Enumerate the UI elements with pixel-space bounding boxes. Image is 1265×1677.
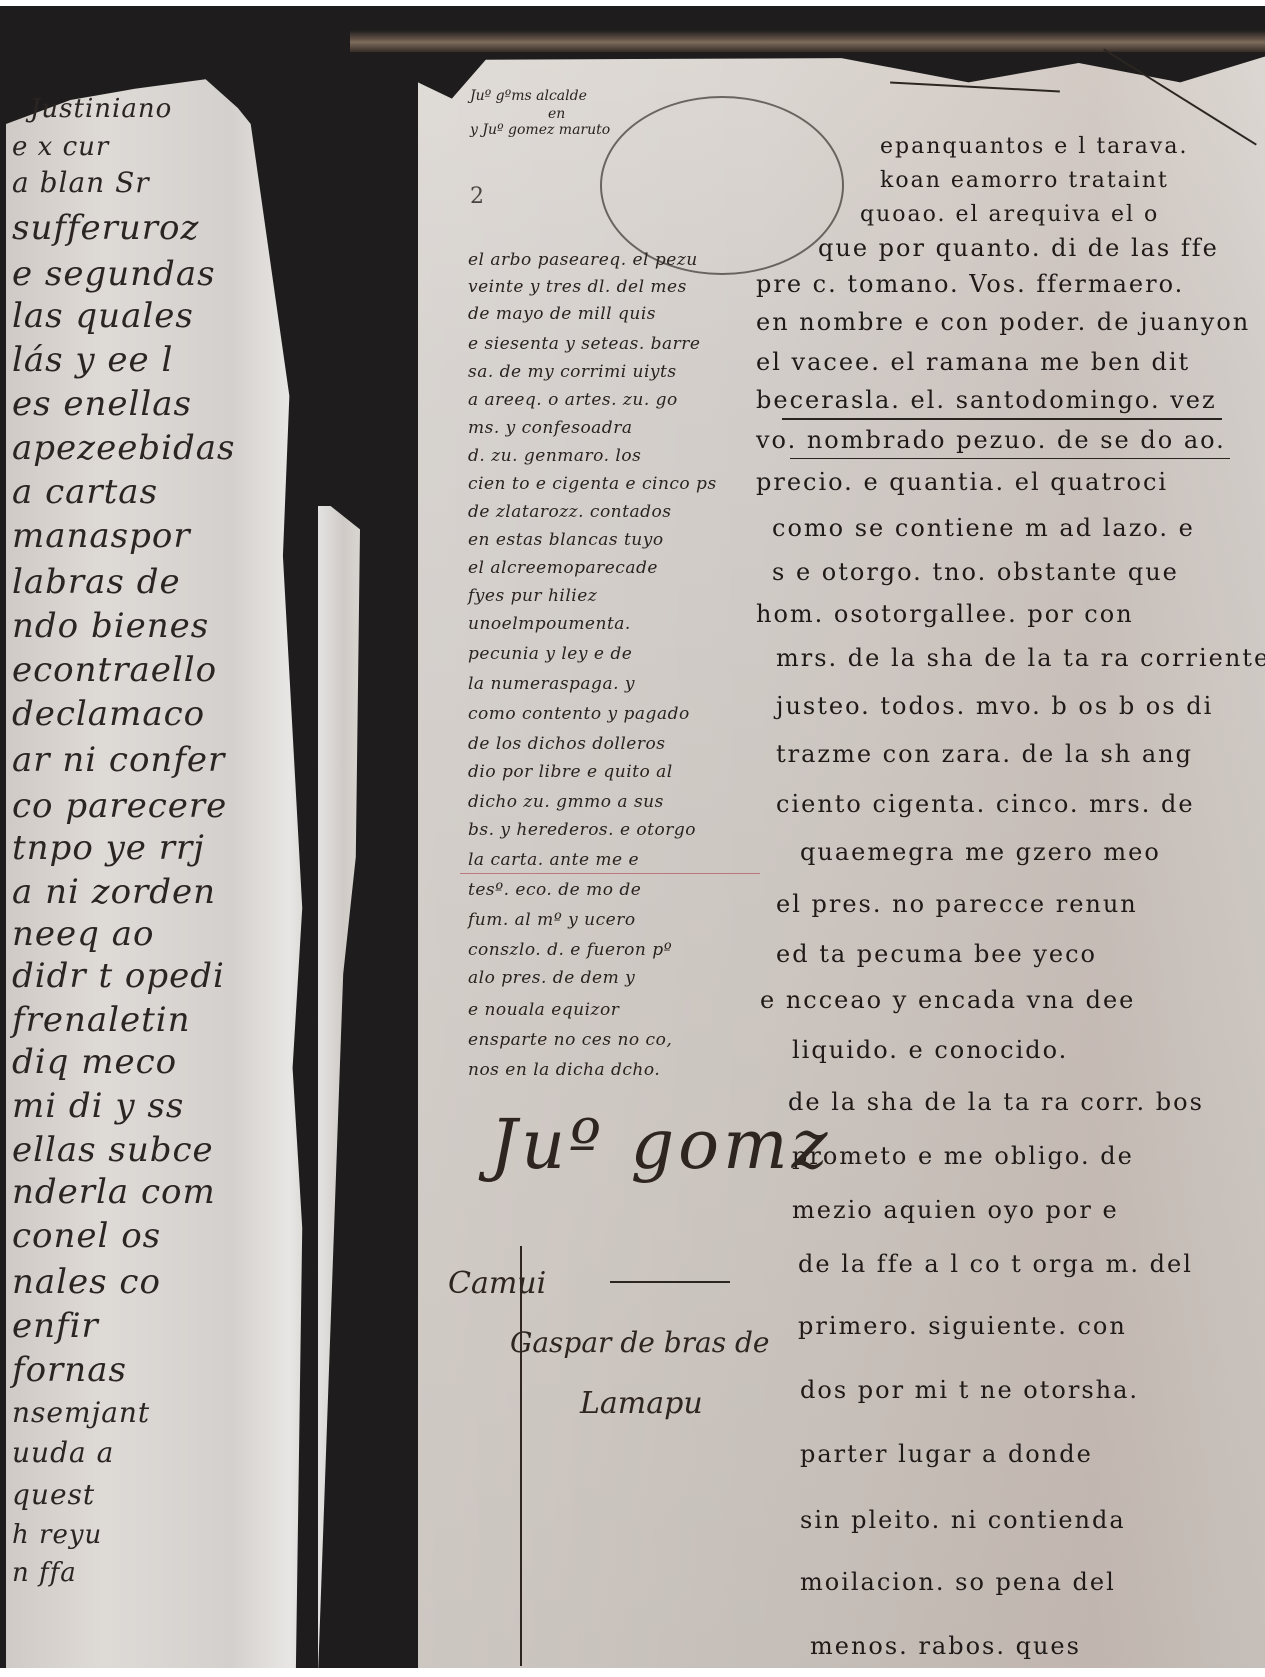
main-text-line: primero. siguiente. con — [798, 1312, 1127, 1340]
left-line: co parecere — [12, 786, 227, 826]
left-line: ar ni confer — [12, 740, 225, 780]
left-line: a cartas — [12, 472, 158, 512]
left-line: lás y ee l — [12, 340, 173, 380]
left-line: enfir — [12, 1306, 99, 1346]
torn-paper-strip — [318, 506, 360, 1668]
margin-note-line: e siesenta y seteas. barre — [468, 334, 700, 354]
margin-note-line: nos en la dicha dcho. — [468, 1060, 660, 1080]
binding-tape — [350, 30, 1265, 52]
main-text-line: de la sha de la ta ra corr. bos — [788, 1088, 1204, 1116]
signature-rule — [610, 1281, 730, 1283]
margin-note-line: bs. y herederos. e otorgo — [468, 820, 696, 840]
signature-juan-gomez: Juº gomz — [490, 1106, 831, 1185]
margin-note-line: ms. y confesoadra — [468, 418, 632, 438]
main-text-line: de la ffe a l co t orga m. del — [798, 1250, 1193, 1278]
margin-note-line: e nouala equizor — [468, 1000, 619, 1020]
main-text-line: ed ta pecuma bee yeco — [776, 940, 1097, 968]
left-line: nderla com — [12, 1172, 216, 1212]
left-line: e x cur — [12, 132, 109, 162]
main-text-line: justeo. todos. mvo. b os b os di — [776, 692, 1213, 720]
left-line: Justiniano — [30, 94, 172, 124]
margin-note-line: la numeraspaga. y — [468, 674, 635, 694]
main-text-line: ciento cigenta. cinco. mrs. de — [776, 790, 1195, 818]
left-line: conel os — [12, 1216, 161, 1256]
margin-note-line: sa. de my corrimi uiyts — [468, 362, 677, 382]
left-line: labras de — [12, 562, 181, 602]
margin-note-line: alo pres. de dem y — [468, 968, 635, 988]
margin-note-line: de los dichos dolleros — [468, 734, 665, 754]
main-text-line: epanquantos e l tarava. — [880, 134, 1188, 159]
main-text-line: s e otorgo. tno. obstante que — [772, 558, 1179, 586]
main-text-line: en nombre e con poder. de juanyon — [756, 308, 1250, 336]
margin-note-line: d. zu. genmaro. los — [468, 446, 641, 466]
left-line: h reyu — [12, 1520, 102, 1550]
left-line: e segundas — [12, 254, 216, 294]
main-text-line: menos. rabos. ques — [810, 1632, 1081, 1660]
margin-note-line: de zlatarozz. contados — [468, 502, 671, 522]
main-text-line: becerasla. el. santodomingo. vez — [756, 386, 1217, 414]
main-text-line: vo. nombrado pezuo. de se do ao. — [756, 426, 1226, 454]
manuscript-photo: Justiniano e x cur a blan Sr sufferuroz … — [0, 6, 1265, 1668]
main-text-line: moilacion. so pena del — [800, 1568, 1116, 1596]
signature-lamapu: Lamapu — [580, 1386, 703, 1421]
left-line: didr t opedi — [12, 956, 225, 996]
left-line: a ni zorden — [12, 872, 216, 912]
left-line: a blan Sr — [12, 166, 150, 199]
left-line: quest — [12, 1478, 95, 1511]
left-line: tnpo ye rrj — [12, 828, 205, 868]
margin-note-line: tesº. eco. de mo de — [468, 880, 641, 900]
main-text-line: liquido. e conocido. — [792, 1036, 1068, 1064]
left-line: ndo bienes — [12, 606, 209, 646]
folio-number: 2 — [470, 184, 484, 209]
left-line: neeq ao — [12, 914, 154, 954]
header-note-line: Juº gºms alcalde — [470, 88, 587, 104]
decorative-initial-s — [600, 96, 844, 275]
margin-note-line: en estas blancas tuyo — [468, 530, 664, 550]
margin-note-line: cien to e cigenta e cinco ps — [468, 474, 717, 494]
main-text-line: precio. e quantia. el quatroci — [756, 468, 1168, 496]
main-text-line: dos por mi t ne otorsha. — [800, 1376, 1139, 1404]
margin-note-line: ensparte no ces no co, — [468, 1030, 672, 1050]
main-text-line: mrs. de la sha de la ta ra corriente — [776, 644, 1265, 672]
margin-note-line: como contento y pagado — [468, 704, 690, 724]
left-line: apezeebidas — [12, 428, 235, 468]
margin-note-line: el arbo paseareq. el pezu — [468, 250, 698, 270]
left-line: nales co — [12, 1262, 161, 1302]
margin-note-line: veinte y tres dl. del mes — [468, 277, 687, 297]
left-line: diq meco — [12, 1042, 177, 1082]
main-text-line: como se contiene m ad lazo. e — [772, 514, 1195, 542]
text-underline — [790, 458, 1230, 459]
left-line: manaspor — [12, 516, 191, 556]
left-line: fornas — [12, 1350, 127, 1390]
margin-note-line: unoelmpoumenta. — [468, 614, 631, 634]
margin-note-line: a areeq. o artes. zu. go — [468, 390, 678, 410]
signature-flourish-stroke — [520, 1246, 522, 1666]
left-line: mi di y ss — [12, 1086, 184, 1126]
margin-note-line: el alcreemoparecade — [468, 558, 658, 578]
margin-note-line: dio por libre e quito al — [468, 762, 673, 782]
left-line: econtraello — [12, 650, 217, 690]
margin-note-line: fyes pur hiliez — [468, 586, 597, 606]
left-line: sufferuroz — [12, 208, 199, 248]
margin-note-line: de mayo de mill quis — [468, 304, 656, 324]
left-line: nsemjant — [12, 1396, 150, 1429]
main-text-line: hom. osotorgallee. por con — [756, 600, 1134, 628]
main-text-line: prometo e me obligo. de — [792, 1142, 1134, 1170]
margin-note-line: dicho zu. gmmo a sus — [468, 792, 664, 812]
left-line: es enellas — [12, 384, 192, 424]
margin-note-line: fum. al mº y ucero — [468, 910, 636, 930]
left-line: frenaletin — [12, 1000, 191, 1040]
main-text-line: que por quanto. di de las ffe — [818, 234, 1219, 262]
signature-camui: Camui — [448, 1266, 546, 1301]
text-underline — [782, 418, 1222, 420]
main-text-line: parter lugar a donde — [800, 1440, 1093, 1468]
header-note-line: y Juº gomez maruto — [470, 122, 610, 138]
main-text-line: quoao. el arequiva el o — [860, 202, 1159, 227]
main-text-line: el pres. no parecce renun — [776, 890, 1138, 918]
left-line: uuda a — [12, 1436, 114, 1469]
signature-gaspar: Gaspar de bras de — [510, 1326, 770, 1359]
main-text-line: el vacee. el ramana me ben dit — [756, 348, 1190, 376]
left-line: ellas subce — [12, 1130, 214, 1170]
main-text-line: mezio aquien oyo por e — [792, 1196, 1119, 1224]
header-note-line: en — [548, 106, 565, 122]
main-text-line: sin pleito. ni contienda — [800, 1506, 1126, 1534]
margin-note-line: conszlo. d. e fueron pº — [468, 940, 672, 960]
margin-note-line: la carta. ante me e — [468, 850, 639, 870]
main-text-line: quaemegra me gzero meo — [800, 838, 1161, 866]
left-line: declamaco — [12, 694, 205, 734]
margin-note-line: pecunia y ley e de — [468, 644, 632, 664]
main-text-line: pre c. tomano. Vos. ffermaero. — [756, 270, 1184, 298]
left-line: las quales — [12, 296, 194, 336]
main-text-line: e ncceao y encada vna dee — [760, 986, 1135, 1014]
red-ruling-line — [460, 873, 760, 874]
left-line: n ffa — [12, 1558, 77, 1588]
main-text-line: trazme con zara. de la sh ang — [776, 740, 1193, 768]
main-text-line: koan eamorro trataint — [880, 168, 1169, 193]
